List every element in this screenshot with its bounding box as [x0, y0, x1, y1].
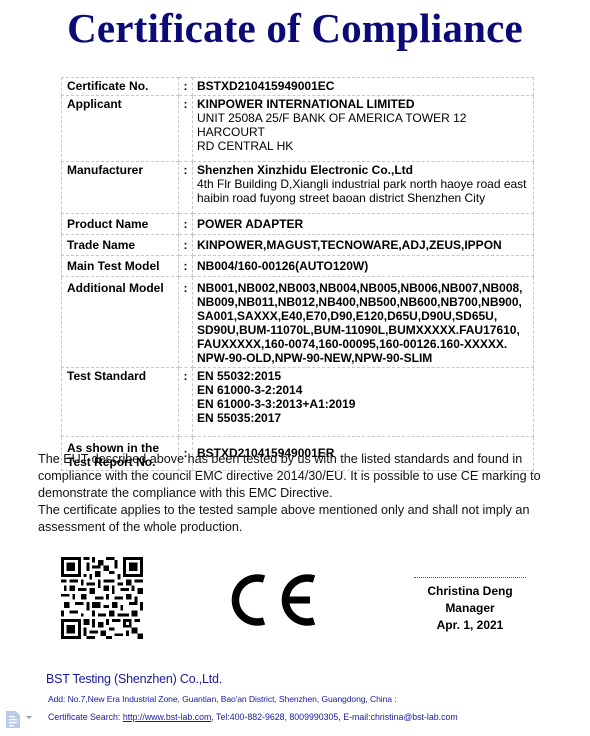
document-icon[interactable]: [6, 711, 20, 728]
chevron-down-icon[interactable]: [26, 716, 32, 719]
row-main-test-model: Main Test Model : NB004/160-00126(AUTO12…: [62, 256, 534, 277]
value-trade-name: KINPOWER,MAGUST,TECNOWARE,ADJ,ZEUS,IPPON: [193, 235, 534, 256]
signatory-title: Manager: [405, 600, 535, 617]
compliance-statement: The EUT described above has been tested …: [38, 451, 553, 536]
value-product-name: POWER ADAPTER: [193, 214, 534, 235]
footer-contact: , Tel:400-882-9628, 8009990305, E-mail:c…: [211, 712, 457, 722]
certificate-search-link[interactable]: http://www.bst-lab.com: [123, 712, 212, 722]
label-trade-name: Trade Name: [62, 235, 179, 256]
label-additional-model: Additional Model: [62, 277, 179, 368]
test-standard-line: EN 61000-3-3:2013+A1:2019: [197, 397, 533, 411]
certificate-title: Certificate of Compliance: [0, 4, 590, 52]
additional-model-line: SD90U,BUM-11070L,BUM-11090L,BUMXXXXX.FAU…: [197, 323, 533, 337]
additional-model-line: SA001,SAXXX,E40,E70,D90,E120,D65U,D90U,S…: [197, 309, 533, 323]
additional-model-line: NB001,NB002,NB003,NB004,NB005,NB006,NB00…: [197, 281, 533, 295]
row-additional-model: Additional Model : NB001,NB002,NB003,NB0…: [62, 277, 534, 368]
signature-block: Christina Deng Manager Apr. 1, 2021: [405, 577, 535, 634]
signature-line: [414, 577, 526, 578]
applicant-address-line1: UNIT 2508A 25/F BANK OF AMERICA TOWER 12…: [197, 111, 533, 139]
additional-model-line: FAUXXXXX,160-0074,160-00095,160-00126.16…: [197, 337, 533, 351]
applicant-name: KINPOWER INTERNATIONAL LIMITED: [197, 97, 533, 111]
label-product-name: Product Name: [62, 214, 179, 235]
value-main-test-model: NB004/160-00126(AUTO120W): [193, 256, 534, 277]
label-manufacturer: Manufacturer: [62, 162, 179, 214]
manufacturer-name: Shenzhen Xinzhidu Electronic Co.,Ltd: [197, 163, 533, 177]
signatory-name: Christina Deng: [405, 583, 535, 600]
separator: :: [179, 368, 193, 437]
separator: :: [179, 235, 193, 256]
label-applicant: Applicant: [62, 96, 179, 162]
separator: :: [179, 256, 193, 277]
applicant-address-line2: RD CENTRAL HK: [197, 139, 533, 159]
footer-address: Add: No.7,New Era Industrial Zone, Guant…: [48, 694, 397, 704]
separator: :: [179, 277, 193, 368]
value-additional-model: NB001,NB002,NB003,NB004,NB005,NB006,NB00…: [193, 277, 534, 368]
additional-model-line: NB009,NB011,NB012,NB400,NB500,NB600,NB70…: [197, 295, 533, 309]
separator: :: [179, 214, 193, 235]
certificate-search-label: Certificate Search:: [48, 712, 123, 722]
value-certificate-no: BSTXD210415949001EC: [193, 78, 534, 96]
manufacturer-address-line1: 4th Flr Building D,Xiangli industrial pa…: [197, 177, 533, 191]
test-standard-line: EN 55032:2015: [197, 369, 533, 383]
statement-paragraph-2: The certificate applies to the tested sa…: [38, 502, 553, 536]
row-trade-name: Trade Name : KINPOWER,MAGUST,TECNOWARE,A…: [62, 235, 534, 256]
statement-paragraph-1: The EUT described above has been tested …: [38, 451, 553, 502]
footer-company-name: BST Testing (Shenzhen) Co.,Ltd.: [46, 672, 222, 686]
row-applicant: Applicant : KINPOWER INTERNATIONAL LIMIT…: [62, 96, 534, 162]
row-test-standard: Test Standard : EN 55032:2015 EN 61000-3…: [62, 368, 534, 437]
label-main-test-model: Main Test Model: [62, 256, 179, 277]
footer-search-line: Certificate Search: http://www.bst-lab.c…: [48, 712, 458, 722]
value-test-standard: EN 55032:2015 EN 61000-3-2:2014 EN 61000…: [193, 368, 534, 437]
manufacturer-address-line2: haibin road fuyong street baoan district…: [197, 191, 533, 211]
qr-code-icon[interactable]: [61, 557, 143, 639]
separator: :: [179, 162, 193, 214]
label-certificate-no: Certificate No.: [62, 78, 179, 96]
separator: :: [179, 78, 193, 96]
test-standard-line: EN 55035:2017: [197, 411, 533, 434]
row-certificate-no: Certificate No. : BSTXD210415949001EC: [62, 78, 534, 96]
additional-model-line: NPW-90-OLD,NPW-90-NEW,NPW-90-SLIM: [197, 351, 533, 365]
row-manufacturer: Manufacturer : Shenzhen Xinzhidu Electro…: [62, 162, 534, 214]
certificate-details-table: Certificate No. : BSTXD210415949001EC Ap…: [61, 77, 534, 471]
label-test-standard: Test Standard: [62, 368, 179, 437]
value-manufacturer: Shenzhen Xinzhidu Electronic Co.,Ltd 4th…: [193, 162, 534, 214]
value-applicant: KINPOWER INTERNATIONAL LIMITED UNIT 2508…: [193, 96, 534, 162]
ce-mark-icon: [224, 574, 320, 626]
signature-date: Apr. 1, 2021: [405, 617, 535, 634]
separator: :: [179, 96, 193, 162]
test-standard-line: EN 61000-3-2:2014: [197, 383, 533, 397]
row-product-name: Product Name : POWER ADAPTER: [62, 214, 534, 235]
